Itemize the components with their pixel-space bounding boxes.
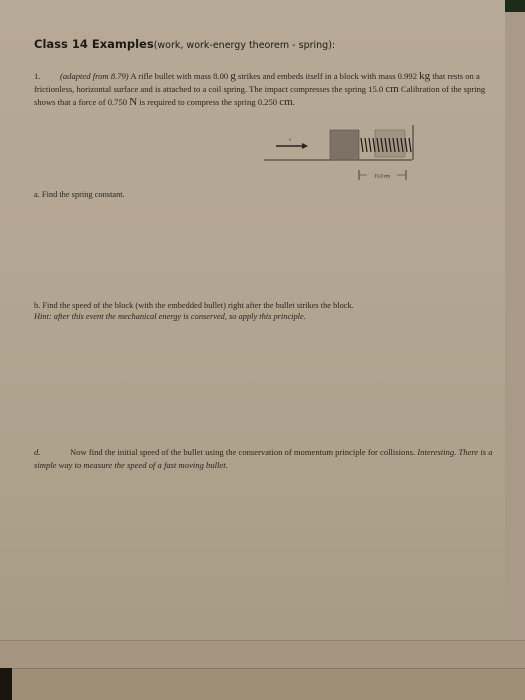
unit: kg: [419, 70, 430, 82]
question-b-text: b. Find the speed of the block (with the…: [34, 300, 504, 311]
problem-statement: 1.(adapted from 8.79) A rifle bullet wit…: [34, 70, 504, 110]
problem-source: (adapted from 8.79): [60, 71, 129, 81]
dimension-label: 15.0 cm: [374, 175, 390, 180]
question-b-hint: Hint: after this event the mechanical en…: [34, 311, 504, 322]
background-edge: [0, 668, 12, 700]
text-part: is required to compress the spring 0.250: [137, 97, 279, 107]
title-main: Class 14 Examples: [34, 37, 154, 51]
spring-block-diagram: v 15.0 cm: [262, 125, 427, 185]
title-subtitle: (work, work-energy theorem - spring):: [154, 40, 335, 51]
question-d-text: Now find the initial speed of the bullet…: [70, 447, 415, 457]
text-part: strikes and embeds itself in a block wit…: [236, 71, 419, 81]
text-part: A rifle bullet with mass 8.00: [129, 71, 231, 81]
page-title: Class 14 Examples(work, work-energy theo…: [34, 37, 335, 51]
background-corner: [505, 0, 525, 12]
question-b: b. Find the speed of the block (with the…: [34, 300, 504, 322]
underlying-sheet-2: [0, 668, 525, 700]
question-d: d.Now find the initial speed of the bull…: [34, 446, 504, 471]
unit: cm: [385, 83, 398, 95]
unit: N: [129, 96, 137, 108]
block-shape: [330, 130, 359, 160]
velocity-label: v: [289, 138, 292, 143]
worksheet-page: Class 14 Examples(work, work-energy theo…: [0, 0, 505, 640]
question-d-label: d.: [34, 446, 70, 459]
question-a: a. Find the spring constant.: [34, 190, 125, 199]
problem-number: 1.: [34, 70, 60, 83]
unit: cm: [279, 96, 292, 108]
text-part: .: [293, 97, 295, 107]
